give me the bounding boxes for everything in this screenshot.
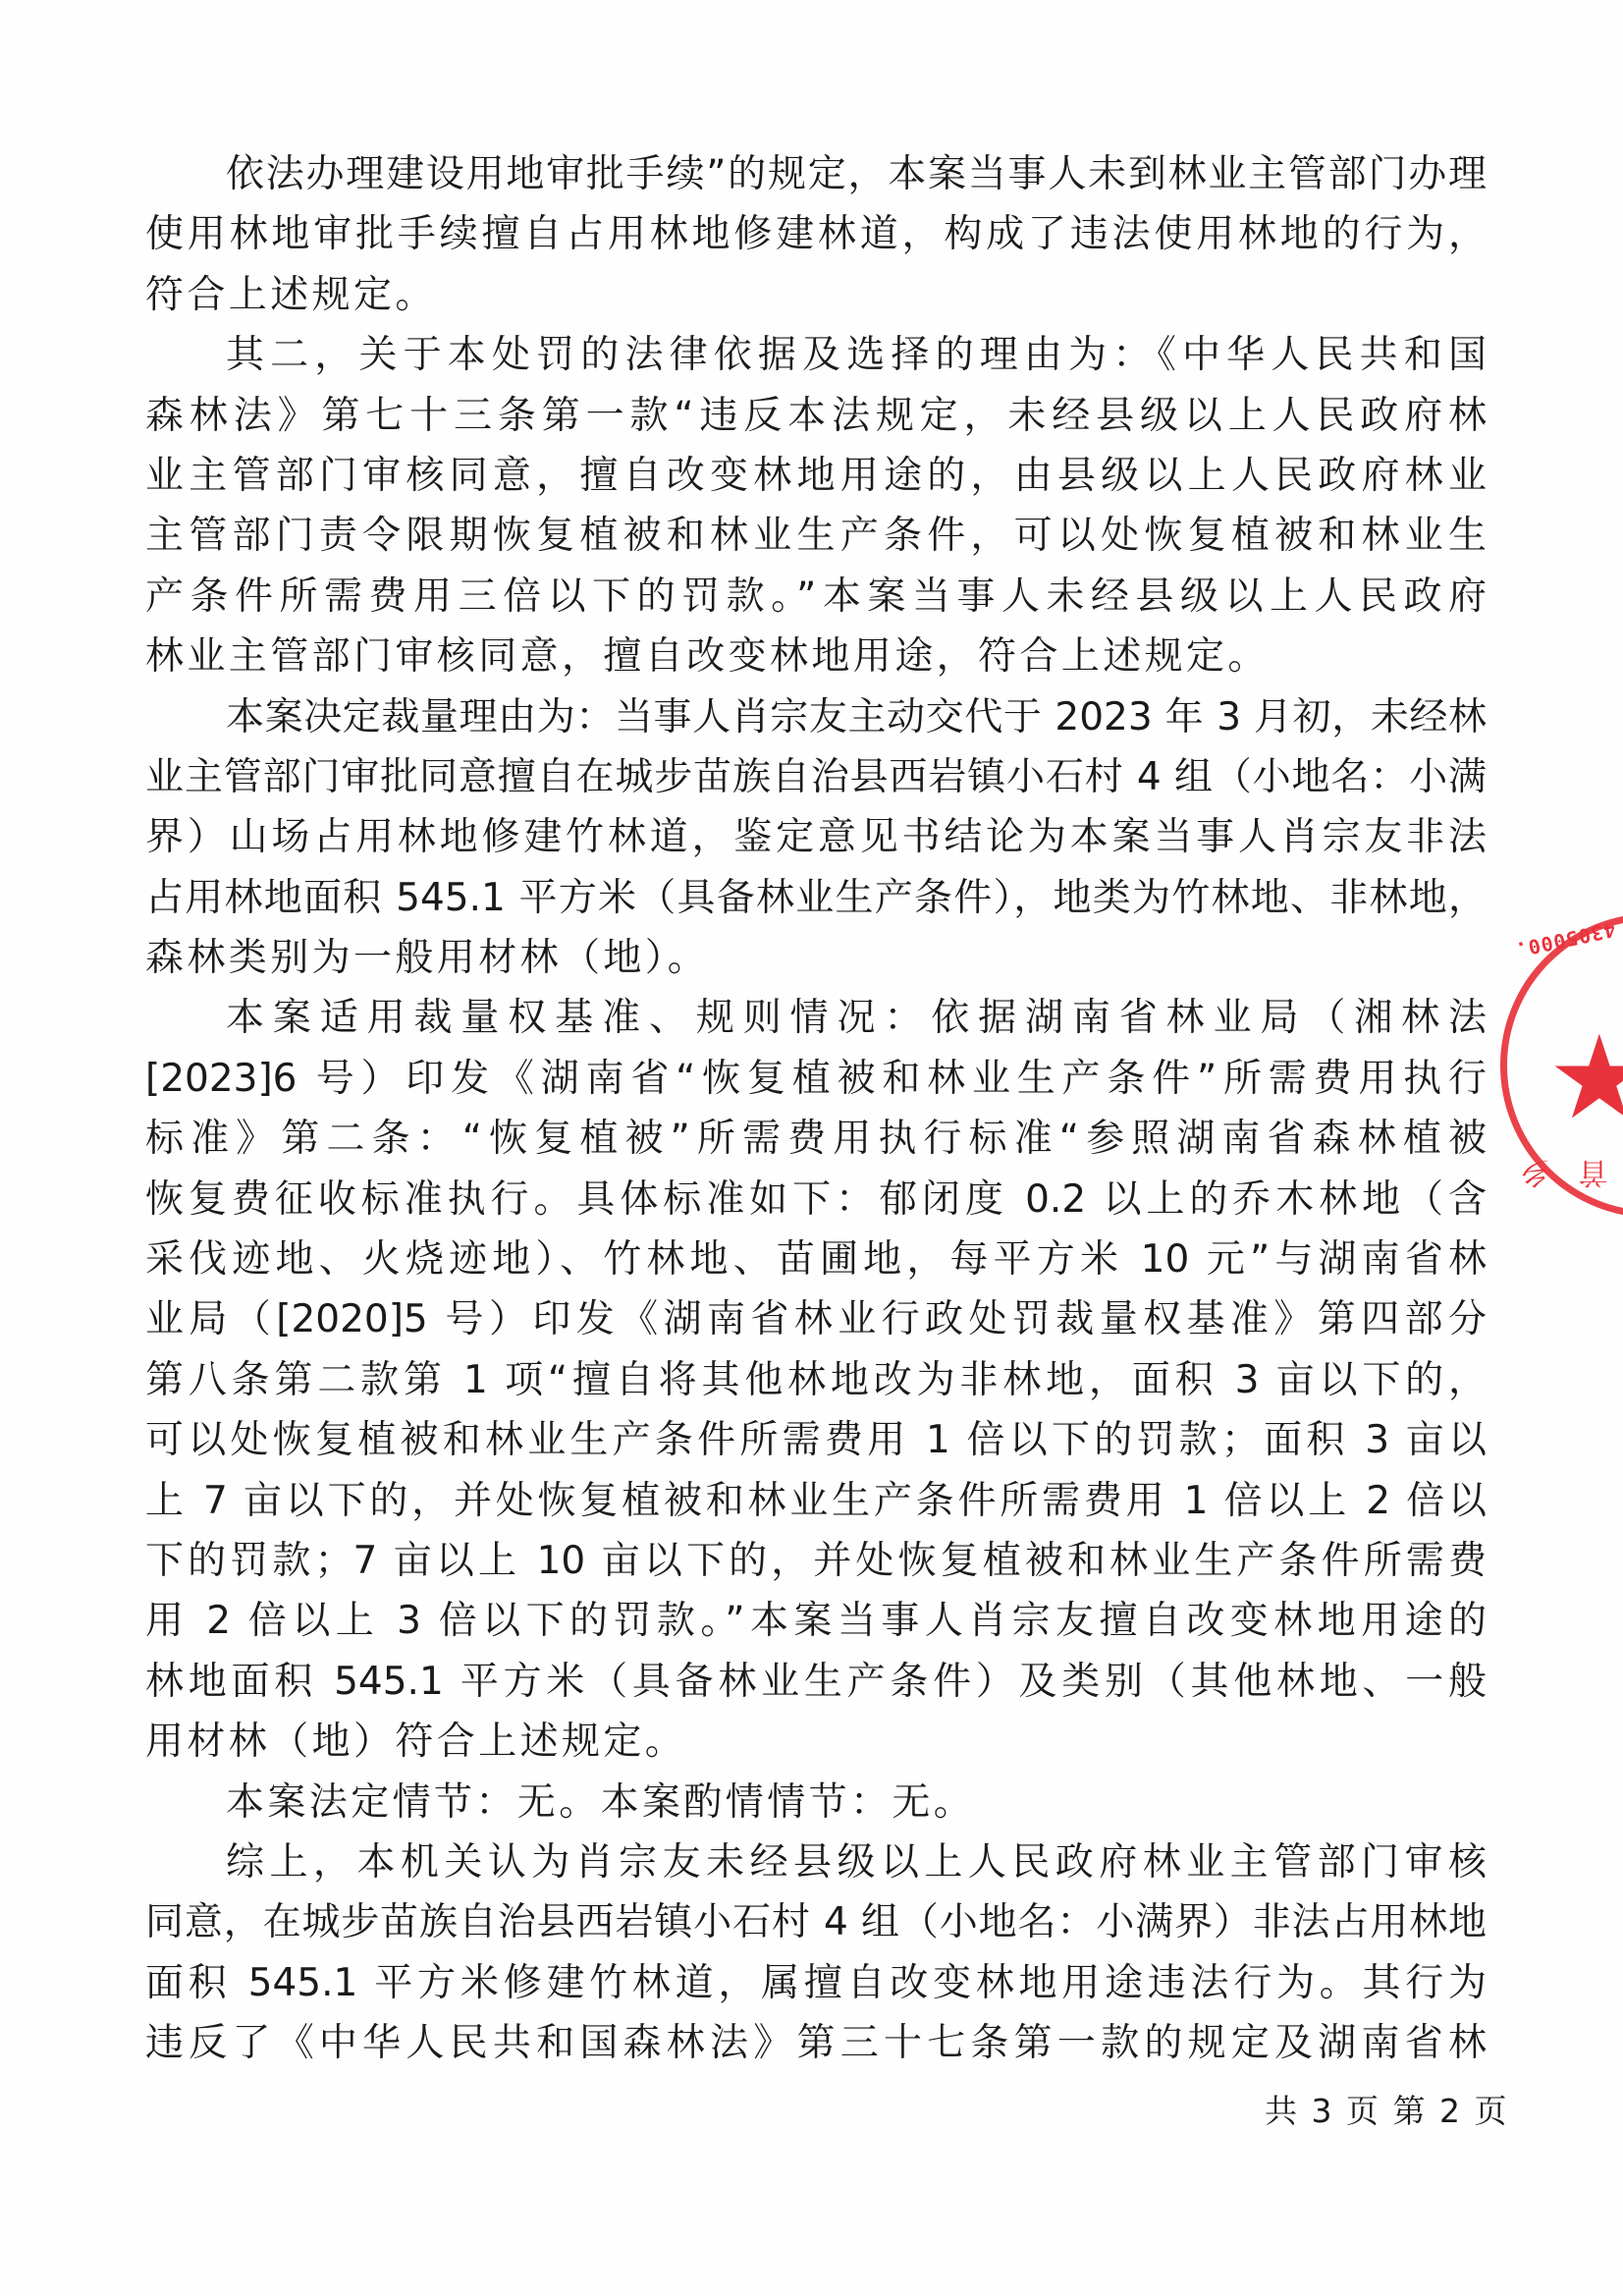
seal-chars-text: 县 首 乡 [1510, 1154, 1623, 1197]
text-line: 下的罚款；7 亩以上 10 亩以下的，并处恢复植被和林业生产条件所需费 [145, 1531, 1487, 1591]
document-page: 依法办理建设用地审批手续”的规定，本案当事人未到林业主管部门办理 使用林地审批手… [0, 0, 1623, 2296]
text-line: 森林类别为一般用材林（地）。 [145, 928, 1487, 988]
text-line: 业主管部门审批同意擅自在城步苗族自治县西岩镇小石村 4 组（小地名：小满 [145, 747, 1487, 807]
text-line: 本案决定裁量理由为：当事人肖宗友主动交代于 2023 年 3 月初，未经林 [145, 687, 1487, 747]
text-line: 恢复费征收标准执行。具体标准如下：郁闭度 0.2 以上的乔木林地（含 [145, 1170, 1487, 1230]
text-line: 产条件所需费用三倍以下的罚款。”本案当事人未经县级以上人民政府 [145, 567, 1487, 627]
official-seal: 4305000. ★ 县 首 乡 [1492, 908, 1623, 1232]
text-line: 违反了《中华人民共和国森林法》第三十七条第一款的规定及湖南省林 [145, 2013, 1487, 2073]
text-line: 用 2 倍以上 3 倍以下的罚款。”本案当事人肖宗友擅自改变林地用途的 [145, 1591, 1487, 1651]
text-line: 本案法定情节：无。本案酌情情节：无。 [145, 1773, 1487, 1832]
text-line: 用材林（地）符合上述规定。 [145, 1712, 1487, 1772]
text-line: 林业主管部门审核同意，擅自改变林地用途，符合上述规定。 [145, 627, 1487, 686]
text-line: 业局（[2020]5 号）印发《湖南省林业行政处罚裁量权基准》第四部分 [145, 1289, 1487, 1349]
paragraph-legal-basis: 其二，关于本处罚的法律依据及选择的理由为：《中华人民共和国 森林法》第七十三条第… [145, 325, 1487, 686]
text-line: 主管部门责令限期恢复植被和林业生产条件，可以处恢复植被和林业生 [145, 506, 1487, 566]
text-line: 符合上述规定。 [145, 265, 1487, 325]
text-line: 采伐迹地、火烧迹地）、竹林地、苗圃地，每平方米 10 元”与湖南省林 [145, 1230, 1487, 1289]
text-line: 标准》第二条：“恢复植被”所需费用执行标准“参照湖南省森林植被 [145, 1109, 1487, 1169]
text-line: 界）山场占用林地修建竹林道，鉴定意见书结论为本案当事人肖宗友非法 [145, 807, 1487, 867]
text-line: 本案适用裁量权基准、规则情况：依据湖南省林业局（湘林法 [145, 988, 1487, 1048]
text-line: 使用林地审批手续擅自占用林地修建林道，构成了违法使用林地的行为， [145, 204, 1487, 264]
text-line: 占用林地面积 545.1 平方米（具备林业生产条件），地类为竹林地、非林地， [145, 868, 1487, 928]
paragraph-discretion-reason: 本案决定裁量理由为：当事人肖宗友主动交代于 2023 年 3 月初，未经林 业主… [145, 687, 1487, 989]
paragraph-discretion-standard: 本案适用裁量权基准、规则情况：依据湖南省林业局（湘林法 [2023]6 号）印发… [145, 988, 1487, 1772]
text-line: 其二，关于本处罚的法律依据及选择的理由为：《中华人民共和国 [145, 325, 1487, 385]
paragraph-continuation: 依法办理建设用地审批手续”的规定，本案当事人未到林业主管部门办理 使用林地审批手… [145, 144, 1487, 325]
text-line: 综上，本机关认为肖宗友未经县级以上人民政府林业主管部门审核 [145, 1832, 1487, 1892]
text-line: 上 7 亩以下的，并处恢复植被和林业生产条件所需费用 1 倍以上 2 倍以 [145, 1471, 1487, 1531]
star-icon: ★ [1547, 1018, 1623, 1136]
page-number: 共 3 页 第 2 页 [1265, 2090, 1483, 2133]
document-body: 依法办理建设用地审批手续”的规定，本案当事人未到林业主管部门办理 使用林地审批手… [145, 144, 1487, 2074]
text-line: 依法办理建设用地审批手续”的规定，本案当事人未到林业主管部门办理 [145, 144, 1487, 204]
text-line: 第八条第二款第 1 项“擅自将其他林地改为非林地，面积 3 亩以下的， [145, 1350, 1487, 1410]
text-line: 森林法》第七十三条第一款“违反本法规定，未经县级以上人民政府林 [145, 386, 1487, 446]
text-line: 同意，在城步苗族自治县西岩镇小石村 4 组（小地名：小满界）非法占用林地 [145, 1892, 1487, 1952]
text-line: 林地面积 545.1 平方米（具备林业生产条件）及类别（其他林地、一般 [145, 1652, 1487, 1712]
paragraph-circumstances: 本案法定情节：无。本案酌情情节：无。 [145, 1773, 1487, 1832]
text-line: 面积 545.1 平方米修建竹林道，属擅自改变林地用途违法行为。其行为 [145, 1953, 1487, 2013]
paragraph-conclusion: 综上，本机关认为肖宗友未经县级以上人民政府林业主管部门审核 同意，在城步苗族自治… [145, 1832, 1487, 2074]
text-line: 业主管部门审核同意，擅自改变林地用途的，由县级以上人民政府林业 [145, 446, 1487, 506]
text-line: [2023]6 号）印发《湖南省“恢复植被和林业生产条件”所需费用执行 [145, 1049, 1487, 1109]
text-line: 可以处恢复植被和林业生产条件所需费用 1 倍以下的罚款；面积 3 亩以 [145, 1410, 1487, 1470]
